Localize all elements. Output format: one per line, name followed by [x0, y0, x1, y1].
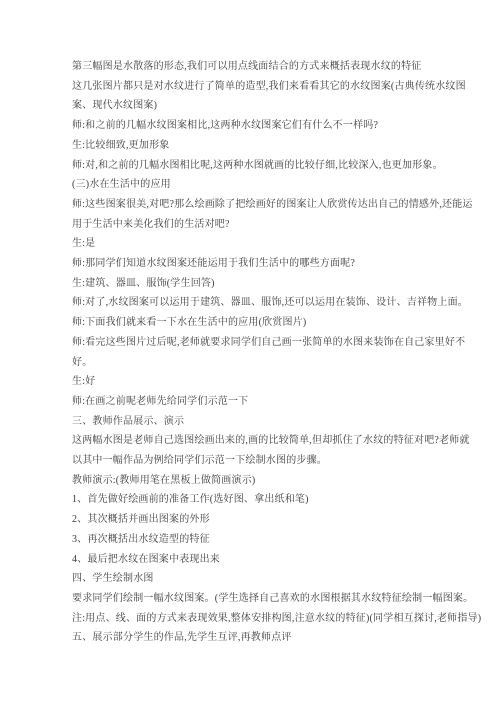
text-line: 3、再次概括出水纹造型的特征 [72, 530, 444, 550]
text-line: 注:用点、线、面的方式来表现效果,整体安排构图,注意水纹的特征)(同学相互探讨,… [72, 609, 444, 629]
text-line: (三)水在生活中的应用 [72, 175, 444, 195]
text-line: 案、现代水纹图案) [72, 96, 444, 116]
text-line: 三、教师作品展示、演示 [72, 412, 444, 432]
text-line: 师:看完这些图片过后呢,老师就要求同学们自己画一张简单的水图来装饰在自己家里好不 [72, 333, 444, 353]
text-line: 生:比较细致,更加形象 [72, 136, 444, 156]
text-line: 要求同学们绘制一幅水纹图案。(学生选择自己喜欢的水图根据其水纹特征绘制一幅图案。 [72, 589, 444, 609]
text-line: 用于生活中来美化我们的生活对吧? [72, 215, 444, 235]
text-line: 师:和之前的几幅水纹图案相比,这两种水纹图案它们有什么不一样吗? [72, 116, 444, 136]
text-line: 四、学生绘制水图 [72, 569, 444, 589]
text-line: 五、展示部分学生的作品,先学生互评,再教师点评 [72, 628, 444, 648]
text-line: 师:那同学们知道水纹图案还能运用于我们生活中的哪些方面呢? [72, 254, 444, 274]
text-line: 师:在画之前呢老师先给同学们示范一下 [72, 392, 444, 412]
text-line: 生:好 [72, 372, 444, 392]
text-line: 师:这些图案很美,对吧?那么绘画除了把绘画好的图案让人欣赏传达出自己的情感外,还… [72, 195, 444, 215]
text-line: 好。 [72, 353, 444, 373]
text-line: 这几张图片都只是对水纹进行了简单的造型,我们来看看其它的水纹图案(古典传统水纹图 [72, 77, 444, 97]
text-line: 2、其次概括并画出图案的外形 [72, 510, 444, 530]
text-line: 1、首先做好绘画前的准备工作(选好图、拿出纸和笔) [72, 490, 444, 510]
text-line: 师:对了,水纹图案可以运用于建筑、器皿、服饰,还可以运用在装饰、设计、吉祥物上面… [72, 293, 444, 313]
text-line: 生:建筑、器皿、服饰(学生回答) [72, 274, 444, 294]
text-line: 生:是 [72, 234, 444, 254]
text-line: 教师演示:(教师用笔在黑板上做简画演示) [72, 471, 444, 491]
document-page: 第三幅图是水散落的形态,我们可以用点线面结合的方式来概括表现水纹的特征这几张图片… [0, 0, 500, 707]
text-line: 第三幅图是水散落的形态,我们可以用点线面结合的方式来概括表现水纹的特征 [72, 57, 444, 77]
text-line: 这两幅水图是老师自己选图绘画出来的,画的比较简单,但却抓住了水纹的特征对吧?老师… [72, 431, 444, 451]
text-line: 师:对,和之前的几幅水图相比呢,这两种水图就画的比较仔细,比较深入,也更加形象。 [72, 156, 444, 176]
lesson-plan-text: 第三幅图是水散落的形态,我们可以用点线面结合的方式来概括表现水纹的特征这几张图片… [72, 57, 444, 648]
text-line: 以其中一幅作品为例给同学们示范一下绘制水图的步骤。 [72, 451, 444, 471]
text-line: 4、最后把水纹在图案中表现出来 [72, 550, 444, 570]
text-line: 师:下面我们就来看一下水在生活中的应用(欣赏图片) [72, 313, 444, 333]
